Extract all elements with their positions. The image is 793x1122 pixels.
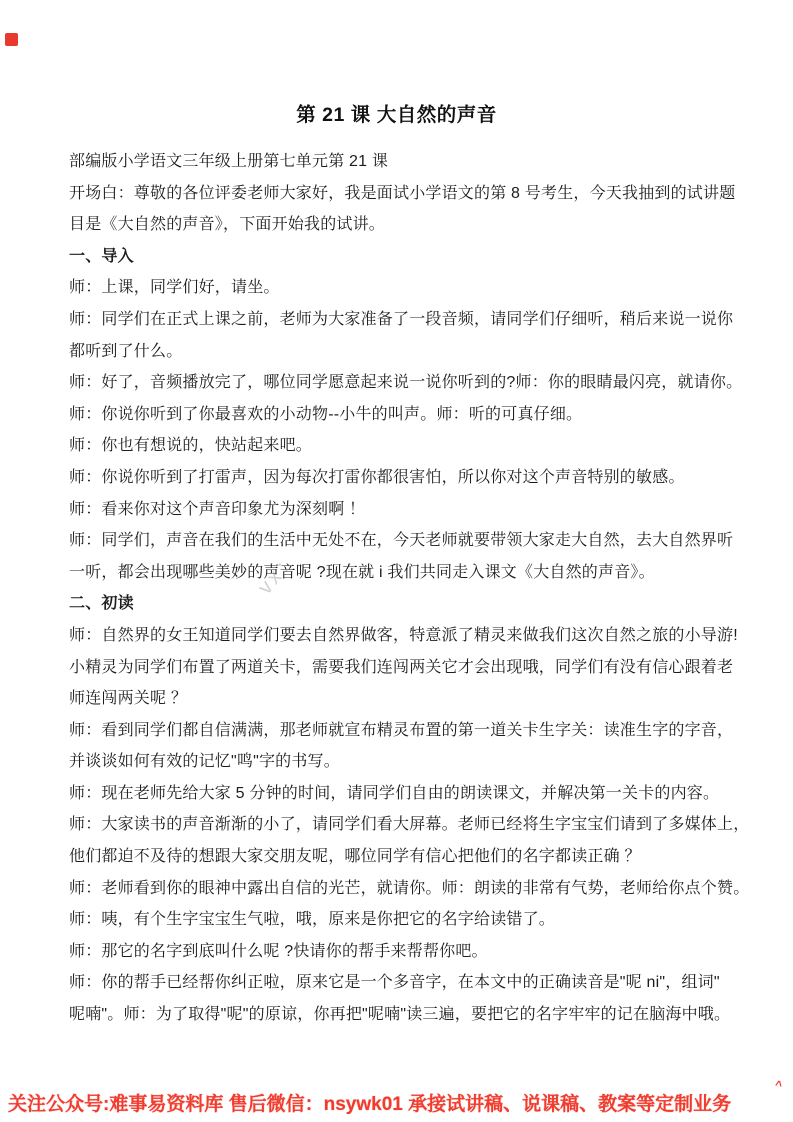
text-line: 师：咦，有个生字宝宝生气啦，哦，原来是你把它的名字给读错了。 [69,904,733,936]
text-line: 师：自然界的女王知道同学们要去自然界做客，特意派了精灵来做我们这次自然之旅的小导… [69,620,733,652]
document-body: 部编版小学语文三年级上册第七单元第 21 课开场白：尊敬的各位评委老师大家好，我… [69,146,733,1031]
footer-promo-text: 关注公众号:难事易资料库 售后微信：nsywk01 承接试讲稿、说课稿、教案等定… [8,1089,793,1116]
text-line: 师：那它的名字到底叫什么呢 ?快请你的帮手来帮帮你吧。 [69,936,733,968]
text-line: 都听到了什么。 [69,336,733,368]
text-line: 师：看来你对这个声音印象尤为深刻啊 ！ [69,494,733,526]
text-line: 师：你也有想说的，快站起来吧。 [69,430,733,462]
document-page: 第 21 课 大自然的声音 部编版小学语文三年级上册第七单元第 21 课开场白：… [0,0,793,1122]
text-line: 开场白：尊敬的各位评委老师大家好，我是面试小学语文的第 8 号考生，今天我抽到的… [69,178,733,210]
text-line: 师：你的帮手已经帮你纠正啦，原来它是一个多音字，在本文中的正确读音是"呢 ni"… [69,967,733,999]
text-line: 部编版小学语文三年级上册第七单元第 21 课 [69,146,733,178]
text-line: 目是《大自然的声音》，下面开始我的试讲。 [69,209,733,241]
text-line: 师：现在老师先给大家 5 分钟的时间，请同学们自由的朗读课文，并解决第一关卡的内… [69,778,733,810]
text-line: 一、导入 [69,241,733,273]
text-line: 师：好了，音频播放完了，哪位同学愿意起来说一说你听到的?师：你的眼睛最闪亮，就请… [69,367,733,399]
text-line: 师连闯两关呢 ？ [69,683,733,715]
text-line: 一听，都会出现哪些美妙的声音呢 ?现在就 i 我们共同走入课文《大自然的声音》。 [69,557,733,589]
text-line: 师：大家读书的声音渐渐的小了，请同学们看大屏幕。老师已经将生字宝宝们请到了多媒体… [69,809,733,841]
text-line: 二、初读 [69,588,733,620]
document-title: 第 21 课 大自然的声音 [0,99,793,127]
text-line: 并谈谈如何有效的记忆"鸣"字的书写。 [69,746,733,778]
text-line: 师：老师看到你的眼神中露出自信的光芒，就请你。师：朗读的非常有气势，老师给你点个… [69,873,733,905]
text-line: 师：看到同学们都自信满满，那老师就宣布精灵布置的第一道关卡生字关：读准生字的字音… [69,715,733,747]
text-line: 呢喃"。师：为了取得"呢"的原谅，你再把"呢喃"读三遍，要把它的名字牢牢的记在脑… [69,999,733,1031]
text-line: 他们都迫不及待的想跟大家交朋友呢，哪位同学有信心把他们的名字都读正确 ？ [69,841,733,873]
text-line: 师：同学们在正式上课之前，老师为大家准备了一段音频，请同学们仔细听，稍后来说一说… [69,304,733,336]
text-line: 师：你说你听到了你最喜欢的小动物--小牛的叫声。师：听的可真仔细。 [69,399,733,431]
text-line: 师：上课，同学们好，请坐。 [69,272,733,304]
text-line: 小精灵为同学们布置了两道关卡，需要我们连闯两关它才会出现哦，同学们有没有信心跟着… [69,652,733,684]
text-line: 师：同学们，声音在我们的生活中无处不在，今天老师就要带领大家走大自然，去大自然界… [69,525,733,557]
text-line: 师：你说你听到了打雷声，因为每次打雷你都很害怕，所以你对这个声音特别的敏感。 [69,462,733,494]
red-marker-icon [5,33,18,46]
